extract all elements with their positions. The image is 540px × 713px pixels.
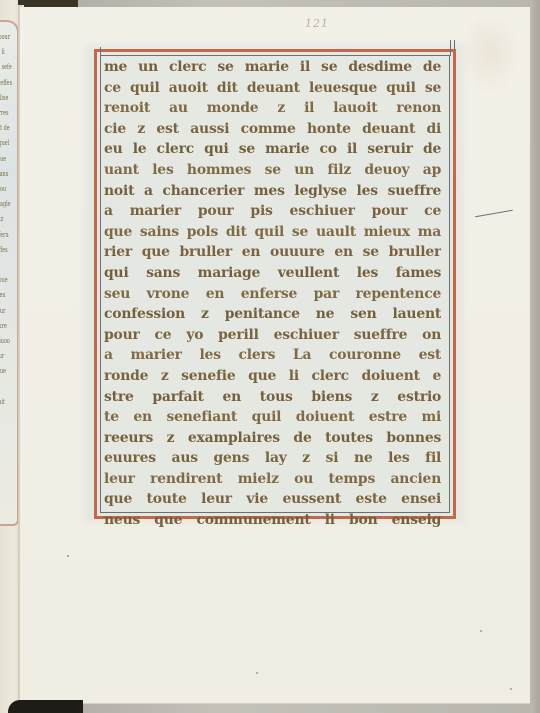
facing-page-line: eriuoo	[0, 334, 11, 349]
text-line: que sains pols dit quil se uault mieux m…	[104, 222, 441, 243]
facing-page-line: le ou	[0, 182, 11, 197]
facing-page-line: ouue	[0, 152, 11, 167]
text-line: que toute leur vie eussent este ensei	[104, 489, 441, 510]
facing-page-line: e lagle	[0, 197, 11, 212]
facing-page-line: laure	[0, 319, 11, 334]
text-line: confession z penitance ne sen lauent	[104, 304, 441, 325]
text-line: te en senefiant quil doiuent estre mi	[104, 407, 441, 428]
ruling-tick	[454, 40, 455, 50]
text-line: leur rendirent mielz ou temps ancien	[104, 469, 441, 490]
facing-page: e pourne lien sefenbeffesygliseierresont…	[0, 0, 20, 713]
facing-page-line: uiffes	[0, 243, 11, 258]
main-text-block: me un clerc se marie il se desdime de ce…	[104, 57, 448, 531]
facing-page-line: ne	[0, 258, 11, 273]
text-line: noit a chancerier mes leglyse les sueffr…	[104, 181, 441, 202]
facing-page-line: moue	[0, 273, 11, 288]
facing-page-line: chue	[0, 364, 11, 379]
facing-page-line: ont de	[0, 121, 11, 136]
pen-stroke-mark	[475, 210, 513, 218]
text-line: stre parfait en tous biens z estrio	[104, 387, 441, 408]
text-line: a marier pour pis eschiuer pour ce	[104, 201, 441, 222]
facing-page-line: en sefe	[0, 60, 11, 75]
facing-page-line: yglise	[0, 91, 11, 106]
facing-page-text: e pourne lien sefenbeffesygliseierresont…	[0, 30, 11, 410]
manuscript-scan: e pourne lien sefenbeffesygliseierresont…	[0, 0, 540, 713]
text-line: uant les hommes se un filz deuoy ap	[104, 160, 441, 181]
text-line: renoit au monde z il lauoit renon	[104, 98, 441, 119]
parchment-speck	[510, 688, 512, 690]
text-line: pour ce yo perill eschiuer sueffre on	[104, 325, 441, 346]
facing-page-line: ne li	[0, 45, 11, 60]
text-line: qui sans mariage veullent les fames	[104, 263, 441, 284]
facing-page-line: ne	[0, 380, 11, 395]
facing-page-line: flitz	[0, 212, 11, 227]
facing-page-line: l sans	[0, 167, 11, 182]
text-line: ce quil auoit dit deuant leuesque quil s…	[104, 78, 441, 99]
text-line: me un clerc se marie il se desdime de	[104, 57, 441, 78]
parchment-speck	[67, 555, 69, 557]
facing-page-line: e quel	[0, 136, 11, 151]
folio-number: 121	[305, 17, 329, 30]
facing-page-line: nbeffes	[0, 76, 11, 91]
facing-page-line: ipur	[0, 349, 11, 364]
facing-page-line: e pour	[0, 30, 11, 45]
facing-page-line: ureu	[0, 288, 11, 303]
text-line: eu le clerc qui se marie co il seruir de	[104, 139, 441, 160]
scan-background-edge	[530, 0, 540, 713]
ruling-tick	[450, 40, 451, 56]
text-line: rier que bruller en ouuure en se bruller	[104, 242, 441, 263]
text-line: euures aus gens lay z si ne les fil	[104, 448, 441, 469]
text-line: a marier les clers La couronne est	[104, 345, 441, 366]
binding-shadow-bottom	[8, 700, 83, 713]
text-line: cie z est aussi comme honte deuant di	[104, 119, 441, 140]
text-line: reeurs z examplaires de toutes bonnes	[104, 428, 441, 449]
facing-page-line: e-ait	[0, 395, 11, 410]
text-line: ronde z senefie que li clerc doiuent e	[104, 366, 441, 387]
facing-page-frame: e pourne lien sefenbeffesygliseierresont…	[0, 20, 19, 526]
parchment-speck	[256, 672, 258, 674]
ruling-tick	[100, 47, 101, 57]
facing-page-line: ynur	[0, 304, 11, 319]
facing-page-line: e feru	[0, 228, 11, 243]
facing-page-line: ierres	[0, 106, 11, 121]
manuscript-page: 121 me un clerc se marie il se desdime d…	[20, 7, 530, 703]
parchment-speck	[480, 630, 482, 632]
text-line: neus que communement li bon enseig	[104, 510, 441, 531]
text-line: seu vrone en enferse par repentence	[104, 284, 441, 305]
